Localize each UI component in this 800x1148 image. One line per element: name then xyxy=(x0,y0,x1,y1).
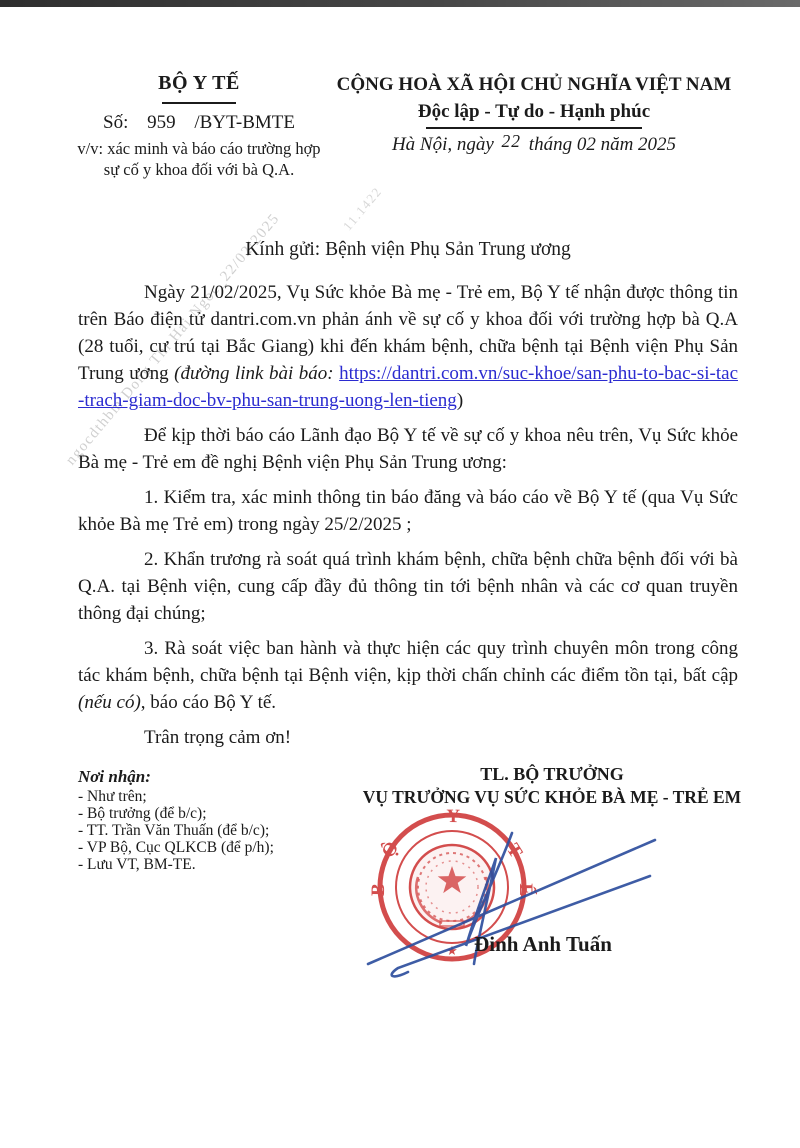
list-item-3-end: , báo cáo Bộ Y tế. xyxy=(141,692,276,713)
place-date-line: Hà Nội, ngày 22 tháng 02 năm 2025 xyxy=(328,134,740,156)
national-title: CỘNG HOÀ XÃ HỘI CHỦ NGHĨA VIỆT NAM xyxy=(328,74,740,96)
closing-line: Trân trọng cảm ơn! xyxy=(78,724,738,751)
agency-name: BỘ Y TẾ xyxy=(58,72,340,95)
link-intro-text: (đường link bài báo: xyxy=(174,363,339,384)
recipient-item: - Bộ trưởng (để b/c); xyxy=(78,805,274,822)
document-number-line: Số: 959 /BYT-BMTE xyxy=(58,112,340,134)
list-item-3-text: 3. Rà soát việc ban hành và thực hiện cá… xyxy=(78,638,738,686)
document-number: 959 xyxy=(147,112,176,133)
header-national-block: CỘNG HOÀ XÃ HỘI CHỦ NGHĨA VIỆT NAM Độc l… xyxy=(328,74,740,156)
document-number-code: /BYT-BMTE xyxy=(194,112,295,133)
signer-authority-line: TL. BỘ TRƯỞNG xyxy=(352,764,752,785)
paragraph-1: Ngày 21/02/2025, Vụ Sức khỏe Bà mẹ - Trẻ… xyxy=(78,279,738,414)
recipients-block: Nơi nhận: - Như trên; - Bộ trưởng (để b/… xyxy=(78,768,274,873)
salutation-line: Kính gửi: Bệnh viện Phụ Sản Trung ương xyxy=(78,236,738,263)
motto-underline xyxy=(426,127,642,129)
list-item-3: 3. Rà soát việc ban hành và thực hiện cá… xyxy=(78,635,738,716)
list-item-3-italic: (nếu có) xyxy=(78,692,141,713)
national-motto: Độc lập - Tự do - Hạnh phúc xyxy=(328,101,740,123)
agency-underline xyxy=(162,102,236,104)
date-day: 22 xyxy=(502,131,522,151)
letter-body: Kính gửi: Bệnh viện Phụ Sản Trung ương N… xyxy=(78,236,738,751)
recipients-title: Nơi nhận: xyxy=(78,768,274,785)
recipient-item: - Lưu VT, BM-TE. xyxy=(78,856,274,873)
scan-edge-artifact xyxy=(0,0,800,7)
signer-name: Đinh Anh Tuấn xyxy=(443,932,643,957)
document-number-label: Số: xyxy=(103,112,128,133)
recipient-item: - Như trên; xyxy=(78,788,274,805)
list-item-1: 1. Kiểm tra, xác minh thông tin báo đăng… xyxy=(78,484,738,538)
date-prefix: Hà Nội, ngày xyxy=(392,134,494,155)
date-suffix: tháng 02 năm 2025 xyxy=(529,134,676,155)
list-item-2: 2. Khẩn trương rà soát quá trình khám bệ… xyxy=(78,546,738,627)
header-issuing-agency-block: BỘ Y TẾ Số: 959 /BYT-BMTE v/v: xác minh … xyxy=(58,72,340,180)
link-close-paren: ) xyxy=(457,390,463,411)
official-letter-page: ngocdthbm Dong Thi Hai Ngoc_22/02/2025 1… xyxy=(0,0,800,1148)
recipient-item: - VP Bộ, Cục QLKCB (để p/h); xyxy=(78,839,274,856)
document-subject: v/v: xác minh và báo cáo trường hợp sự c… xyxy=(77,138,321,180)
paragraph-2: Để kịp thời báo cáo Lãnh đạo Bộ Y tế về … xyxy=(78,422,738,476)
recipient-item: - TT. Trần Văn Thuấn (để b/c); xyxy=(78,822,274,839)
watermark-timestamp: 11.1422 xyxy=(340,184,386,234)
